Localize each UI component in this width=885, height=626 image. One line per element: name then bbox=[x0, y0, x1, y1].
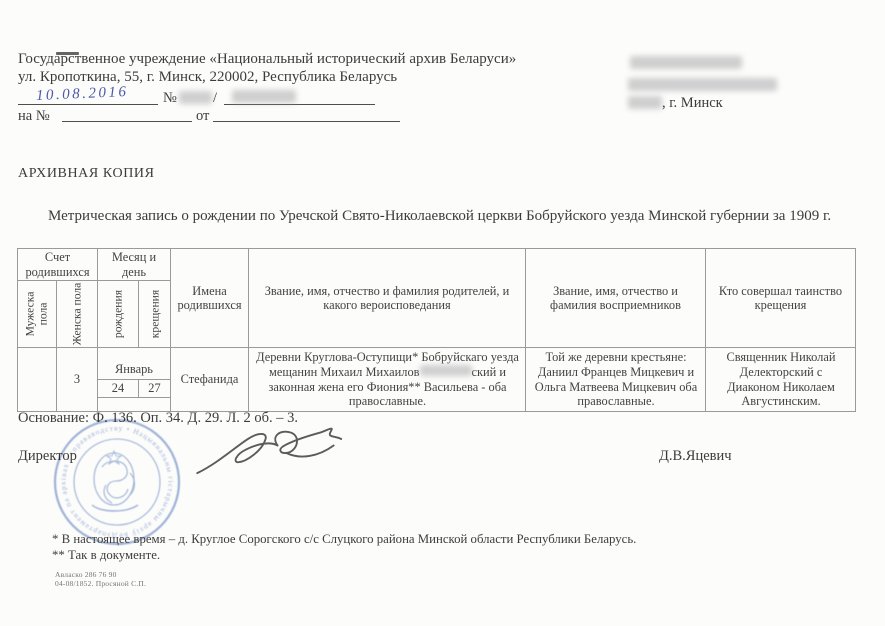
header-count-group: Счет родившихся bbox=[18, 249, 98, 281]
record-description: Метрическая запись о рождении по Уречско… bbox=[18, 206, 866, 228]
addressee-city: , г. Минск bbox=[662, 95, 723, 112]
header-godparents: Звание, имя, отчество и фамилия восприем… bbox=[526, 249, 706, 348]
header-female-count: Женска пола bbox=[57, 281, 98, 348]
cell-baptism-day: 27 bbox=[139, 380, 170, 397]
redacted-outgoing-index bbox=[232, 90, 296, 103]
table-row: 3 Январь 24 27 Стефанида Деревни Круглов… bbox=[18, 348, 856, 412]
handwritten-date: 10.08.2016 bbox=[36, 84, 129, 105]
cell-parents: Деревни Круглова-Оступищи* Бобруйскаго у… bbox=[249, 348, 526, 412]
header-priest: Кто совершал таинство крещения bbox=[706, 249, 856, 348]
redacted-addressee-postcode bbox=[628, 96, 662, 109]
cell-female-count: 3 bbox=[57, 348, 98, 412]
table-group-header-row: Счет родившихся Месяц и день Имена родив… bbox=[18, 249, 856, 281]
header-male-count: Мужеска пола bbox=[18, 281, 57, 348]
cell-name: Стефанида bbox=[171, 348, 249, 412]
redacted-surname bbox=[420, 365, 472, 376]
letterhead-org-name: Государственное учреждение «Национальный… bbox=[18, 50, 516, 68]
director-name: Д.В.Яцевич bbox=[659, 448, 732, 465]
stamp-inner-ring bbox=[74, 439, 160, 525]
vertical-label: Женска пола bbox=[70, 282, 83, 346]
redacted-outgoing-number bbox=[179, 91, 212, 104]
slash: / bbox=[213, 90, 217, 107]
header-baptism-day: крещения bbox=[139, 281, 171, 348]
cell-month: Январь bbox=[98, 361, 170, 380]
cell-male-count bbox=[18, 348, 57, 412]
cell-days: 24 27 bbox=[98, 380, 170, 398]
ot-label: от bbox=[196, 108, 209, 125]
letterhead-address: ул. Кропоткина, 55, г. Минск, 220002, Ре… bbox=[18, 68, 397, 86]
redacted-addressee-street bbox=[628, 78, 777, 91]
footnote-2: ** Так в документе. bbox=[52, 548, 160, 564]
cell-month-day: Январь 24 27 bbox=[98, 348, 171, 412]
header-names: Имена родившихся bbox=[171, 249, 249, 348]
na-no-label: на № bbox=[18, 108, 50, 125]
header-birth-day: рождения bbox=[98, 281, 139, 348]
records-table: Счет родившихся Месяц и день Имена родив… bbox=[17, 248, 856, 412]
cell-birth-day: 24 bbox=[98, 380, 139, 397]
vertical-label: рождения bbox=[111, 282, 124, 346]
footnote-1: * В настоящее время – д. Круглое Сорогск… bbox=[52, 532, 636, 548]
vertical-label: Мужеска пола bbox=[24, 282, 51, 346]
scanned-document: Государственное учреждение «Национальный… bbox=[0, 0, 885, 626]
archival-copy-title: АРХИВНАЯ КОПИЯ bbox=[18, 166, 155, 182]
clerk-ref-line: 04-08/1852. Просяной С.П. bbox=[55, 579, 146, 589]
cell-priest: Священник Николай Делекторский с Диаконо… bbox=[706, 348, 856, 412]
number-underline bbox=[224, 104, 375, 105]
ot-underline bbox=[213, 121, 400, 122]
number-label: № bbox=[163, 90, 177, 107]
stamp-seal: Дэпартамент па архівах і справаводству •… bbox=[50, 415, 184, 549]
header-month-day-group: Месяц и день bbox=[98, 249, 171, 281]
header-parents: Звание, имя, отчество и фамилия родителе… bbox=[249, 249, 526, 348]
director-signature bbox=[190, 424, 350, 482]
vertical-label: крещения bbox=[148, 282, 161, 346]
na-no-underline bbox=[62, 121, 192, 122]
cell-godparents: Той же деревни крестьяне: Даниил Францев… bbox=[526, 348, 706, 412]
stamp-emblem bbox=[92, 451, 138, 511]
redacted-addressee-name bbox=[630, 56, 742, 69]
